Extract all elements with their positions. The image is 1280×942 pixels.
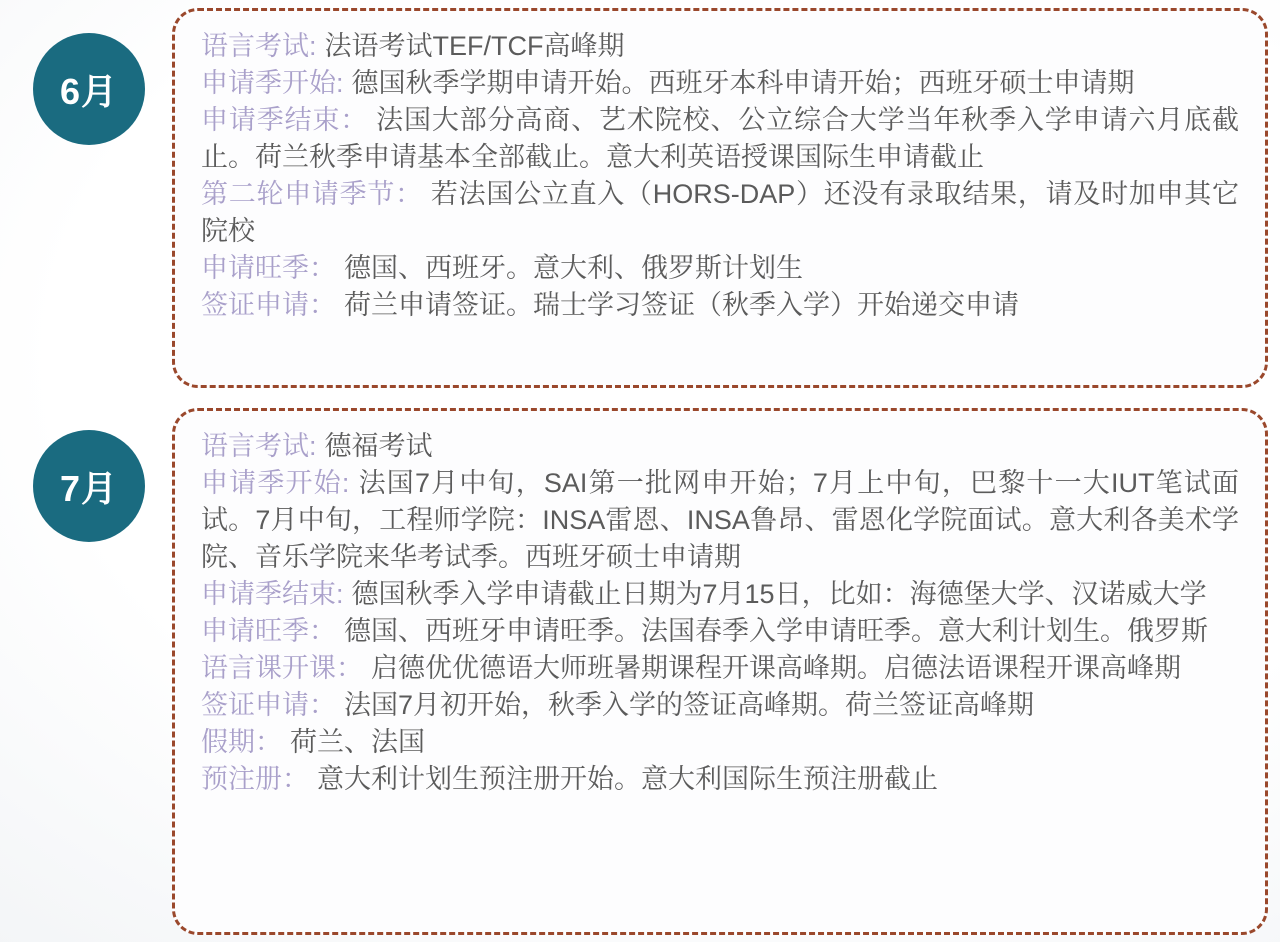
entry-text: 法国7月初开始，秋季入学的签证高峰期。荷兰签证高峰期 xyxy=(344,690,1034,720)
entry-text: 德国秋季入学申请截止日期为7月15日，比如：海德堡大学、汉诺威大学 xyxy=(352,579,1207,609)
month-badge-june-label: 6月 xyxy=(60,64,118,115)
entry-label: 申请季结束: xyxy=(201,579,344,609)
entry-label: 申请旺季： xyxy=(201,253,336,283)
entry-label: 语言课开课： xyxy=(201,653,363,683)
entry-peak-season: 申请旺季：德国、西班牙申请旺季。法国春季入学申请旺季。意大利计划生。俄罗斯 xyxy=(201,613,1239,650)
entry-label: 签证申请： xyxy=(201,690,336,720)
entry-text: 启德优优德语大师班暑期课程开课高峰期。启德法语课程开课高峰期 xyxy=(371,653,1181,683)
entry-season-end: 申请季结束:德国秋季入学申请截止日期为7月15日，比如：海德堡大学、汉诺威大学 xyxy=(201,576,1239,613)
entry-text: 德福考试 xyxy=(325,431,433,461)
infographic-background: { "colors": { "circle": "#1a6b80", "labe… xyxy=(0,0,1280,942)
timeline-card-july: 语言考试:德福考试 申请季开始:法国7月中旬，SAI第一批网申开始；7月上中旬，… xyxy=(172,408,1268,935)
entry-label: 签证申请： xyxy=(201,290,336,320)
entry-preregistration: 预注册：意大利计划生预注册开始。意大利国际生预注册截止 xyxy=(201,761,1239,798)
entry-second-round: 第二轮申请季节：若法国公立直入（HORS-DAP）还没有录取结果，请及时加申其它… xyxy=(201,176,1239,250)
entry-text: 德国、西班牙申请旺季。法国春季入学申请旺季。意大利计划生。俄罗斯 xyxy=(344,616,1208,646)
entry-text: 德国、西班牙。意大利、俄罗斯计划生 xyxy=(344,253,803,283)
entry-label: 申请季结束： xyxy=(201,105,368,135)
entry-label: 申请旺季： xyxy=(201,616,336,646)
entry-text: 法国7月中旬，SAI第一批网申开始；7月上中旬，巴黎十一大IUT笔试面试。7月中… xyxy=(201,468,1239,572)
entry-label: 预注册： xyxy=(201,764,309,794)
entry-label: 语言考试: xyxy=(201,431,317,461)
entry-label: 语言考试: xyxy=(201,31,317,61)
entry-visa-application: 签证申请：法国7月初开始，秋季入学的签证高峰期。荷兰签证高峰期 xyxy=(201,687,1239,724)
entry-label: 第二轮申请季节： xyxy=(201,179,423,209)
entry-label: 申请季开始: xyxy=(201,68,344,98)
entry-text: 法语考试TEF/TCF高峰期 xyxy=(325,31,625,61)
entry-label: 申请季开始: xyxy=(201,468,349,498)
entry-label: 假期： xyxy=(201,727,282,757)
entry-visa-application: 签证申请：荷兰申请签证。瑞士学习签证（秋季入学）开始递交申请 xyxy=(201,287,1239,324)
entry-language-exam: 语言考试:法语考试TEF/TCF高峰期 xyxy=(201,28,1239,65)
month-badge-june: 6月 xyxy=(33,33,145,145)
timeline-card-june: 语言考试:法语考试TEF/TCF高峰期 申请季开始:德国秋季学期申请开始。西班牙… xyxy=(172,8,1268,388)
entry-season-start: 申请季开始:德国秋季学期申请开始。西班牙本科申请开始；西班牙硕士申请期 xyxy=(201,65,1239,102)
month-badge-july: 7月 xyxy=(33,430,145,542)
entry-text: 意大利计划生预注册开始。意大利国际生预注册截止 xyxy=(317,764,938,794)
entry-holiday: 假期：荷兰、法国 xyxy=(201,724,1239,761)
entry-text: 荷兰申请签证。瑞士学习签证（秋季入学）开始递交申请 xyxy=(344,290,1019,320)
entry-text: 德国秋季学期申请开始。西班牙本科申请开始；西班牙硕士申请期 xyxy=(352,68,1135,98)
month-badge-july-label: 7月 xyxy=(60,461,118,512)
entry-season-end: 申请季结束：法国大部分高商、艺术院校、公立综合大学当年秋季入学申请六月底截止。荷… xyxy=(201,102,1239,176)
entry-text: 荷兰、法国 xyxy=(290,727,425,757)
entry-language-course: 语言课开课：启德优优德语大师班暑期课程开课高峰期。启德法语课程开课高峰期 xyxy=(201,650,1239,687)
entry-peak-season: 申请旺季：德国、西班牙。意大利、俄罗斯计划生 xyxy=(201,250,1239,287)
entry-language-exam: 语言考试:德福考试 xyxy=(201,428,1239,465)
entry-season-start: 申请季开始:法国7月中旬，SAI第一批网申开始；7月上中旬，巴黎十一大IUT笔试… xyxy=(201,465,1239,576)
